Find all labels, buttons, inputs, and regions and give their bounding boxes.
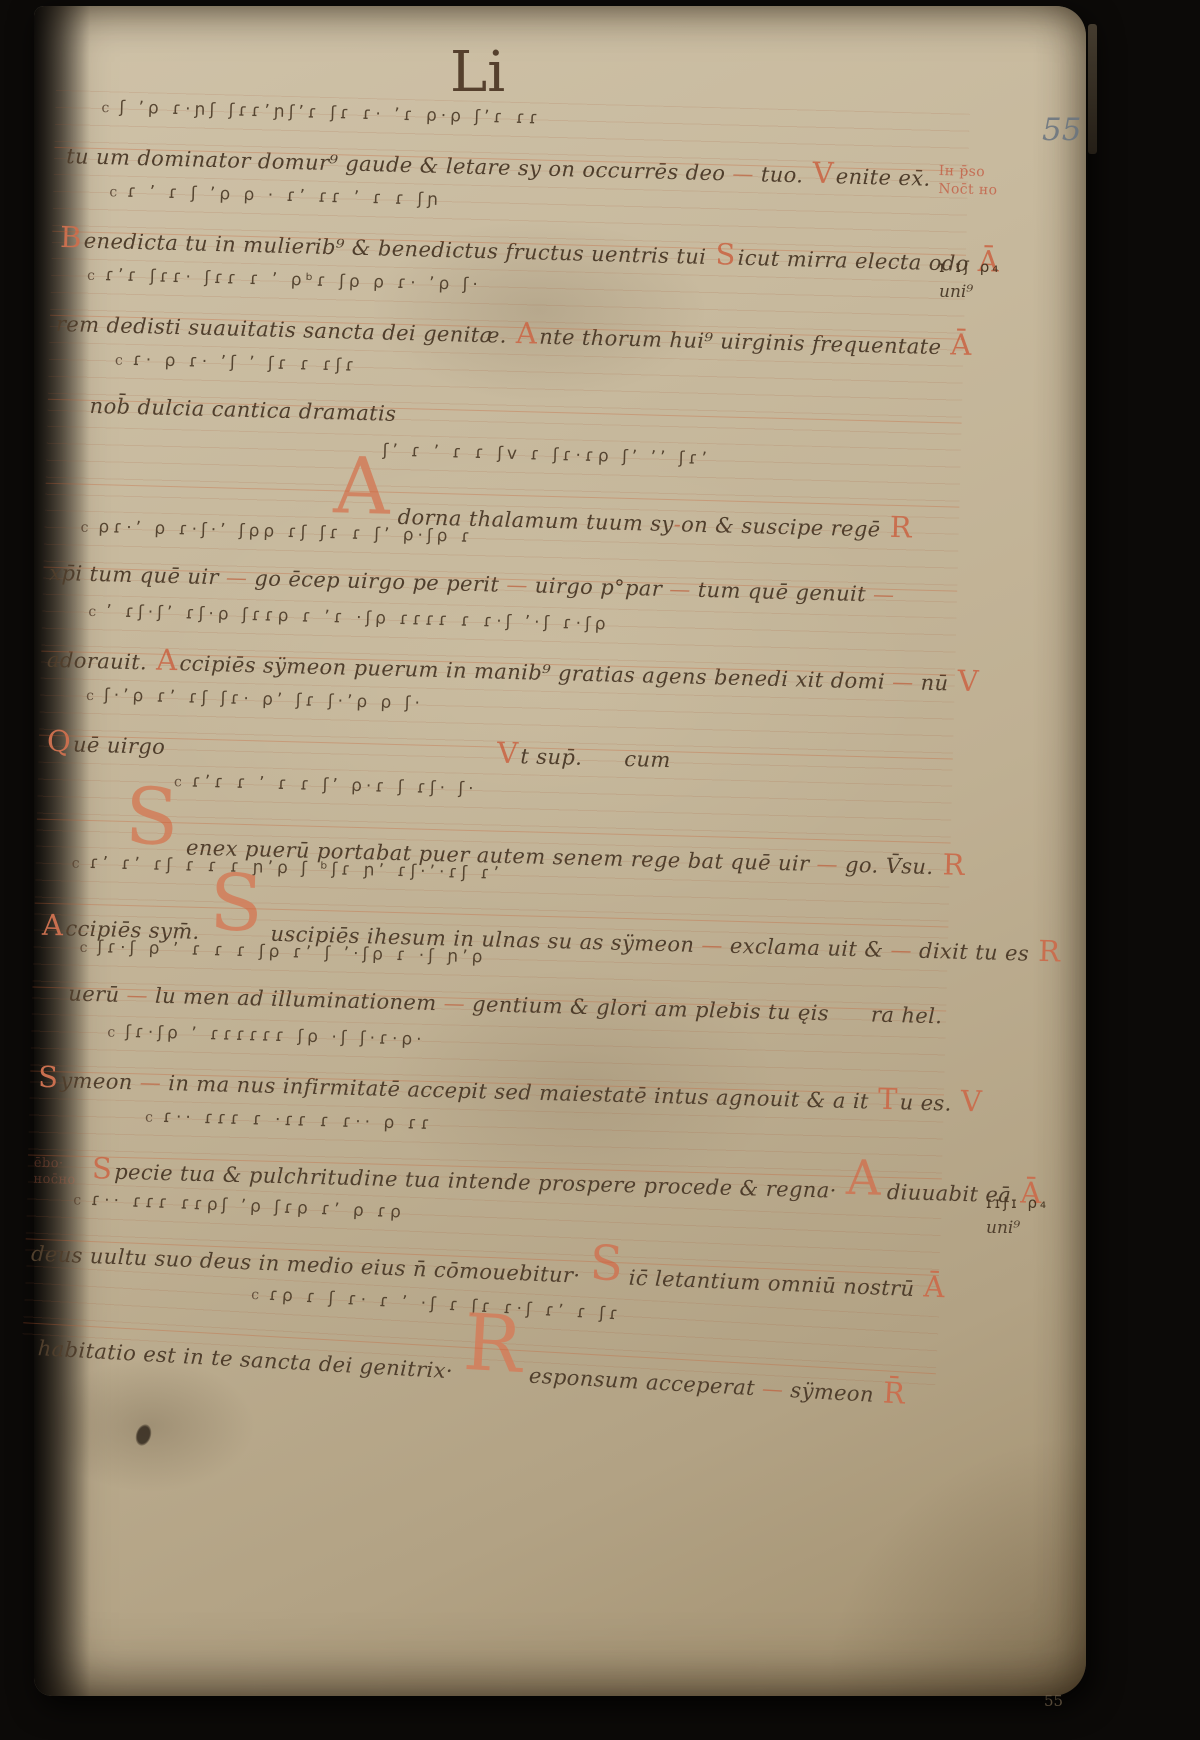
neume-notation: ɾʼɾ ɾ ʼ ɾ ɾ ʃʼ ρ·ɾ ʃ ɾʃ· ʃ· xyxy=(192,772,478,799)
chant-text: nū xyxy=(920,671,956,696)
clef-letter: c xyxy=(79,940,87,956)
chant-text: dixit tu es xyxy=(919,939,1037,966)
manuscript-page: Li 55 cʃ ʼρ ɾ·ɲʃ ʃɾɾʼɲʃʼɾ ʃɾ ɾ· ʼɾ ρ·ρ ʃ… xyxy=(34,6,1086,1696)
margin-label: uni⁹ xyxy=(986,1218,1049,1238)
chant-text: esponsum acceperat xyxy=(528,1364,755,1401)
chant-text: habitatio est in te sancta dei genitrix· xyxy=(37,1336,460,1384)
chant-text: ra hel. xyxy=(871,1002,943,1028)
rubricated-initial: Ā xyxy=(923,1269,946,1304)
neume-notation: ɾ· ρ ɾ· ʼʃ ʼ ʃɾ ɾ ɾʃɾ xyxy=(133,350,359,376)
chant-text: ymeon xyxy=(60,1068,133,1094)
rubricated-initial: T xyxy=(878,1082,899,1117)
clef-letter: c xyxy=(87,268,95,284)
text-gap xyxy=(165,754,495,763)
clef-letter: c xyxy=(88,604,96,620)
chant-text: gentium & glori am plebis tu ęis xyxy=(472,992,829,1025)
neume-notation: ʃ ʼρ ɾ·ɲʃ ʃɾɾʼɲʃʼɾ ʃɾ ɾ· ʼɾ ρ·ρ ʃʼɾ ɾɾ xyxy=(119,98,542,129)
line-filler: — xyxy=(754,1376,791,1402)
chant-text: uerū xyxy=(68,981,120,1006)
rubricated-initial: V xyxy=(497,736,519,771)
clef-letter: c xyxy=(73,1192,81,1208)
chant-text: cum xyxy=(624,747,671,772)
chant-text: nte thorum hui⁹ uirginis frequentate xyxy=(539,325,949,360)
neume-notation: ʃɾ·ʃ ρ ʼ ɾ ɾ ɾ ʃρ ɾʼ ʃ ʼ·ʃρ ɾ ·ʃ ɲʼρ xyxy=(97,937,487,967)
clef-letter: c xyxy=(80,520,88,536)
rubricated-initial: R xyxy=(1038,934,1061,969)
chant-text: sÿmeon xyxy=(790,1378,882,1407)
chant-text: t sup̄. xyxy=(520,744,583,770)
line-filler: — xyxy=(219,565,255,590)
rubricated-initial: A xyxy=(156,643,178,678)
chant-text: lu men ad illuminationem xyxy=(155,984,437,1015)
chant-text: ic̄ letantium omniū nostrū xyxy=(628,1266,922,1302)
clef-letter: c xyxy=(101,100,109,116)
line-filler: — xyxy=(662,577,698,602)
neume-notation: ɾρ ɾ ʃ ɾ· ɾ ʼ ·ʃ ɾ ʃɾ ɾ·ʃ ɾʼ ɾ ʃɾ xyxy=(268,1285,622,1325)
chant-text: uē uirgo xyxy=(73,733,166,759)
rubricated-initial: Ā xyxy=(950,327,972,362)
chant-text: uirgo p°par xyxy=(535,574,663,601)
rubricated-initial: V xyxy=(957,664,979,699)
rubricated-initial: R̄ xyxy=(882,1375,906,1410)
chant-text: go ēcep uirgo pe perit xyxy=(254,566,499,596)
neume-notation: ʼ ɾʃ·ʃʼ ɾʃ·ρ ʃɾɾρ ɾ ʼɾ ·ʃρ ɾɾɾɾ ɾ ɾ·ʃ ʼ·… xyxy=(106,601,610,634)
rubricated-initial: R xyxy=(942,847,965,882)
page-stack-edge xyxy=(1088,24,1097,154)
line-filler: — xyxy=(119,983,155,1008)
rubricated-initial: R xyxy=(461,1298,525,1391)
page-header-letters: Li xyxy=(450,40,505,105)
rubricated-initial: V xyxy=(960,1084,982,1119)
text-gap xyxy=(829,1020,871,1021)
ink-blot xyxy=(133,1422,154,1448)
margin-annotation: ɪ·ɪʃ ρ₄ uni⁹ xyxy=(939,258,1001,302)
manuscript-systems: cʃ ʼρ ɾ·ɲʃ ʃɾɾʼɲʃʼɾ ʃɾ ɾ· ʼɾ ρ·ρ ʃʼɾ ɾɾt… xyxy=(29,90,930,1372)
rubricated-initial: V xyxy=(812,156,834,191)
rubric-text: Iн p̄so Noc̄t но xyxy=(938,163,998,200)
margin-neumes: ɪ·ɪʃ ρ₄ xyxy=(939,258,1001,276)
chant-text: enite ex̄. xyxy=(836,164,931,190)
rubricated-initial: S xyxy=(589,1235,625,1292)
rubricated-initial: S xyxy=(38,1060,59,1095)
line-filler: — xyxy=(499,573,535,598)
clef-letter: c xyxy=(107,1025,115,1041)
margin-label: uni⁹ xyxy=(939,282,1001,302)
chant-text: tuo. xyxy=(761,162,811,187)
clef-letter: c xyxy=(109,184,117,200)
line-filler: — xyxy=(132,1070,168,1095)
clef-letter: c xyxy=(72,856,80,872)
neume-notation: ɾʼɾ ʃɾɾ· ʃɾɾ ɾ ʼ ρᵇɾ ʃρ ρ ɾ· ʼρ ʃ· xyxy=(105,265,482,295)
neume-notation: ɾ ʼ ɾ ʃ ʼρ ρ · ɾʼ ɾɾ ʼ ɾ ɾ ʃɲ xyxy=(127,182,442,210)
neume-notation: ɾ·· ɾɾɾ ɾ ·ɾɾ ɾ ɾ·· ρ ɾɾ xyxy=(163,1107,434,1134)
folio-number-bottom: 55 xyxy=(1044,1692,1063,1710)
rubricated-initial: B xyxy=(60,220,83,255)
chant-text: adorauit. xyxy=(47,648,155,675)
line-filler: — xyxy=(436,991,472,1016)
chant-text: u es. xyxy=(899,1090,959,1116)
chant-text: rem dedisti suauitatis sancta dei genitæ… xyxy=(56,312,515,348)
folio-number-top: 55 xyxy=(1042,112,1081,148)
neume-notation: ʃ·ʼρ ɾʼ ɾʃ ʃɾ· ρʼ ʃɾ ʃ·ʼρ ρ ʃ· xyxy=(104,685,424,713)
text-gap xyxy=(582,765,624,766)
rubricated-initial: A xyxy=(845,1150,882,1207)
rubricated-initial: Q xyxy=(47,724,72,759)
neume-notation: ρɾ·ʼ ρ ɾ·ʃ·ʼ ʃρρ ɾʃ ʃɾ ɾ ʃʼ ρ·ʃρ ɾ xyxy=(98,517,474,547)
clef-letter: c xyxy=(251,1287,260,1303)
clef-letter: c xyxy=(145,1110,153,1126)
neume-notation: ɾ·· ɾɾɾ ɾɾρʃ ʼρ ʃɾρ ɾʼ ρ ɾρ xyxy=(91,1190,406,1223)
neume-notation: ʃɾ·ʃρ ʼ ɾɾɾɾɾɾ ʃρ ·ʃ ʃ·ɾ·ρ· xyxy=(125,1022,426,1050)
margin-neumes: ɪɪʃɪ ρ₄ xyxy=(986,1194,1049,1212)
clef-letter: c xyxy=(86,688,94,704)
neume-notation: ʃʼ ɾ ʼ ɾ ɾ ʃv ɾ ʃɾ·ɾρ ʃʼ ʼʼ ʃɾʼ xyxy=(382,441,711,470)
margin-annotation: ɪɪʃɪ ρ₄ uni⁹ xyxy=(986,1194,1049,1238)
chant-text: tum quē genuit xyxy=(697,578,866,606)
rubricated-initial: A xyxy=(516,316,538,351)
line-filler: — xyxy=(885,670,921,695)
rubricated-initial: S xyxy=(715,237,736,272)
chant-text: xp̄i tum quē uir xyxy=(49,561,219,589)
chant-text: nob̄ dulcia cantica dramatis xyxy=(89,394,396,426)
line-filler: — xyxy=(725,161,761,186)
clef-letter: c xyxy=(115,352,123,368)
line-filler: — xyxy=(866,582,895,607)
neume-notation: ɾʼ ɾʼ ɾʃ ɾ ɾ ɾ ɲʼρ ʃ ᵇʃɾ ɲʼ ɾʃ·ʼ·ɾʃ ɾʼ xyxy=(89,853,503,884)
rubricated-initial: S xyxy=(92,1151,113,1186)
